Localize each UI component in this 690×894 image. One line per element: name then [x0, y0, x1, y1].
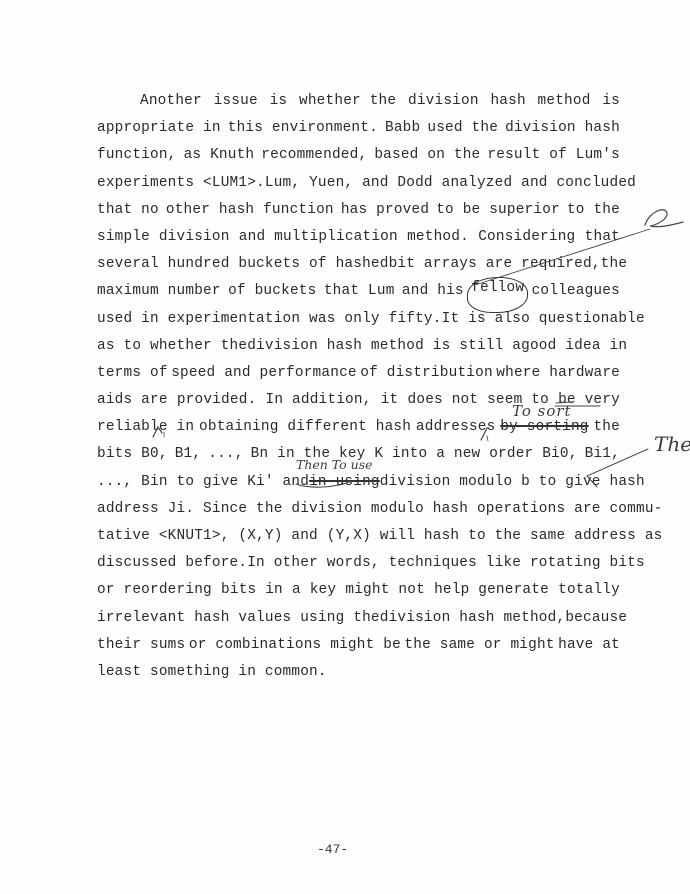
- text-segment: discussed before.: [97, 553, 247, 580]
- text-segment: Considering: [478, 227, 575, 254]
- text-segment: their sums: [97, 635, 185, 662]
- text-segment: help generate: [434, 580, 549, 607]
- text-segment: B1,: [175, 444, 202, 471]
- text-segment: least something in common.: [97, 662, 327, 689]
- text-segment: of distribution: [360, 363, 493, 390]
- text-line: least something in common.: [97, 662, 620, 689]
- text-segment: obtaining different hash: [199, 417, 411, 444]
- text-segment: address Ji. Since the division modulo ha…: [97, 499, 663, 526]
- text-segment: function,: [97, 145, 177, 172]
- paragraph: Anotherissueiswhether thedivisionhashmet…: [97, 91, 620, 689]
- text-segment: might not: [345, 580, 425, 607]
- text-line: that noother hash functionhas provedto b…: [97, 200, 620, 227]
- text-segment: method: [538, 91, 591, 118]
- text-segment: have at: [558, 635, 620, 662]
- text-line: address Ji. Since the division modulo ha…: [97, 499, 620, 526]
- text-segment: used the: [427, 118, 498, 145]
- text-segment: and multiplication: [239, 227, 398, 254]
- text-line: Anotherissueiswhether thedivisionhashmet…: [97, 91, 620, 118]
- text-segment: the: [593, 417, 620, 444]
- text-segment: based on the: [374, 145, 480, 172]
- page-number-text: -47-: [317, 842, 348, 857]
- text-segment: other hash function: [166, 200, 334, 227]
- struck-text: by sorting: [500, 417, 588, 444]
- text-segment: division: [408, 91, 479, 118]
- text-line: maximum numberof bucketsthat Lumand hisf…: [97, 281, 620, 308]
- text-segment: provided.: [177, 390, 257, 417]
- text-segment: recommended,: [261, 145, 367, 172]
- text-line: reliable inobtaining different hashaddre…: [97, 417, 620, 444]
- text-line: experiments <LUM1>.Lum, Yuen, and Dodd a…: [97, 173, 620, 200]
- text-segment: method.: [407, 227, 469, 254]
- text-segment: or combinations might be: [189, 635, 401, 662]
- text-segment: of buckets: [228, 281, 316, 308]
- text-segment: division modulo b to give hash: [380, 472, 645, 499]
- text-segment: result of Lum's: [487, 145, 620, 172]
- text-segment: that no: [97, 200, 159, 227]
- text-segment: issue: [214, 91, 258, 118]
- text-line: irrelevant hash values using thedivision…: [97, 608, 620, 635]
- text-segment: experiments <LUM1>.: [97, 173, 265, 200]
- text-segment: bits in: [221, 580, 283, 607]
- text-segment: Lum, Yuen, and Dodd analyzed and conclud…: [265, 173, 636, 200]
- text-segment: to the: [567, 200, 620, 227]
- text-segment: division hash method,: [380, 608, 566, 635]
- text-segment: used in experimentation was only fifty.: [97, 309, 442, 336]
- text-segment: where hardware: [496, 363, 620, 390]
- text-line: tative <KNUT1>, (X,Y) and (Y,X) will has…: [97, 526, 620, 553]
- text-line: function,as Knuthrecommended,based on th…: [97, 145, 620, 172]
- text-segment: Bi1,: [585, 444, 620, 471]
- text-segment: terms of: [97, 363, 168, 390]
- text-segment: speed and performance: [171, 363, 357, 390]
- text-line: ..., Bin to give Ki' andin usingdivision…: [97, 472, 620, 499]
- text-line: simple divisionand multiplicationmethod.…: [97, 227, 620, 254]
- text-segment: because: [565, 608, 627, 635]
- handwritten-insert-to-sort: To sort: [512, 402, 572, 420]
- text-segment: good idea in: [521, 336, 627, 363]
- text-segment: as Knuth: [184, 145, 255, 172]
- text-segment: the: [601, 254, 628, 281]
- handwritten-insert-the: The: [654, 432, 690, 456]
- delete-mark-icon: [645, 210, 683, 227]
- text-segment: In other words, techniques like rotating…: [247, 553, 645, 580]
- text-segment: and his: [402, 281, 464, 308]
- text-segment: ..., Bin to give Ki' and: [97, 472, 309, 499]
- text-segment: division hash method is still a: [247, 336, 521, 363]
- text-line: several hundred buckets of hashedbit arr…: [97, 254, 620, 281]
- text-segment: colleagues: [532, 281, 620, 308]
- text-segment: is: [270, 91, 288, 118]
- text-line: discussed before.In other words, techniq…: [97, 553, 620, 580]
- text-segment: several hundred buckets of hashed: [97, 254, 389, 281]
- text-segment: simple division: [97, 227, 230, 254]
- text-segment: In addition,: [266, 390, 372, 417]
- circled-word: fellow: [467, 277, 528, 312]
- text-segment: hash: [490, 91, 525, 118]
- text-line: their sumsor combinations might bethe sa…: [97, 635, 620, 662]
- handwritten-insert-then-to-use: Then To use: [296, 457, 373, 472]
- text-segment: Babb: [385, 118, 420, 145]
- text-segment: whether the: [299, 91, 396, 118]
- text-line: terms ofspeed and performanceof distribu…: [97, 363, 620, 390]
- document-page: Anotherissueiswhether thedivisionhashmet…: [0, 0, 690, 894]
- text-segment: irrelevant hash values using the: [97, 608, 380, 635]
- text-line: or reorderingbits ina keymight nothelp g…: [97, 580, 620, 607]
- text-segment: tative <KNUT1>, (X,Y) and (Y,X) will has…: [97, 526, 663, 553]
- text-segment: as to whether the: [97, 336, 247, 363]
- text-line: appropriate inthis environment.Babbused …: [97, 118, 620, 145]
- text-segment: bits B0,: [97, 444, 168, 471]
- text-segment: that Lum: [324, 281, 395, 308]
- text-segment: appropriate in: [97, 118, 221, 145]
- text-segment: to be superior: [436, 200, 560, 227]
- text-segment: totally: [558, 580, 620, 607]
- text-segment: addresses: [416, 417, 496, 444]
- text-segment: the same or might: [404, 635, 554, 662]
- text-segment: Another: [140, 91, 202, 118]
- text-segment: It is also questionable: [442, 309, 645, 336]
- text-segment: that: [585, 227, 620, 254]
- text-segment: maximum number: [97, 281, 221, 308]
- struck-text: in using: [309, 472, 380, 499]
- text-segment: has proved: [341, 200, 429, 227]
- text-segment: is: [602, 91, 620, 118]
- text-segment: a key: [292, 580, 336, 607]
- text-line: as to whether thedivision hash method is…: [97, 336, 620, 363]
- text-segment: or reordering: [97, 580, 212, 607]
- text-segment: reliable in: [97, 417, 194, 444]
- text-segment: division hash: [505, 118, 620, 145]
- text-line: used in experimentation was only fifty.I…: [97, 309, 620, 336]
- text-segment: it: [381, 390, 399, 417]
- text-segment: aids are: [97, 390, 168, 417]
- text-segment: this environment.: [228, 118, 378, 145]
- text-segment: ...,: [208, 444, 243, 471]
